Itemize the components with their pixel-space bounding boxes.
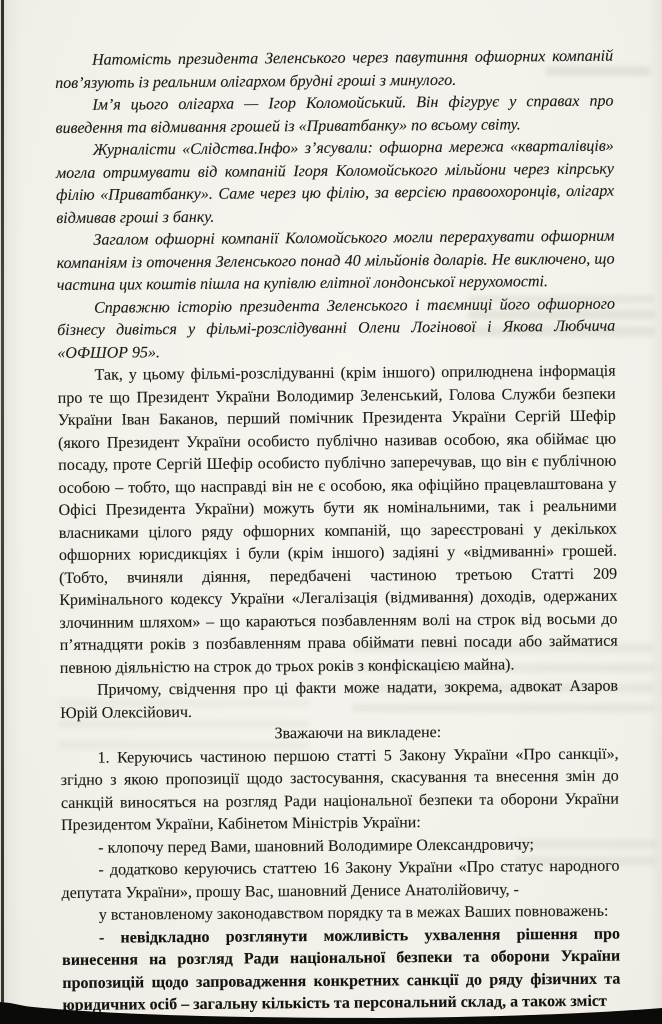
paragraph-intro-1: Натомість президента Зеленського через п… [55, 46, 613, 95]
list-item-petition-2: - додатково керуючись статтею 16 Закону … [61, 856, 619, 905]
scan-edge-artifact-bottom [0, 1000, 662, 1024]
scanned-document-page: Натомість президента Зеленського через п… [0, 0, 662, 1024]
paragraph-legal-basis: 1. Керуючись частиною першою статті 5 За… [60, 743, 619, 837]
document-body: Натомість президента Зеленського через п… [55, 46, 621, 1018]
paragraph-intro-2: Ім’я цього олігарха — Ігор Коломойський.… [55, 91, 613, 140]
paragraph-film-disclosure: Так, у цьому фільмі-розслідуванні (крім … [57, 361, 617, 680]
paragraph-witness: Причому, свідчення про ці факти може над… [60, 676, 618, 725]
paragraph-intro-3: Журналісти «Слідства.Інфо» з’ясували: оф… [56, 136, 615, 230]
paragraph-intro-5: Справжню історію президента Зеленського … [57, 293, 616, 365]
paragraph-intro-4: Загалом офшорні компанії Коломойського м… [56, 226, 615, 298]
scan-edge-artifact-left [1, 0, 4, 1012]
